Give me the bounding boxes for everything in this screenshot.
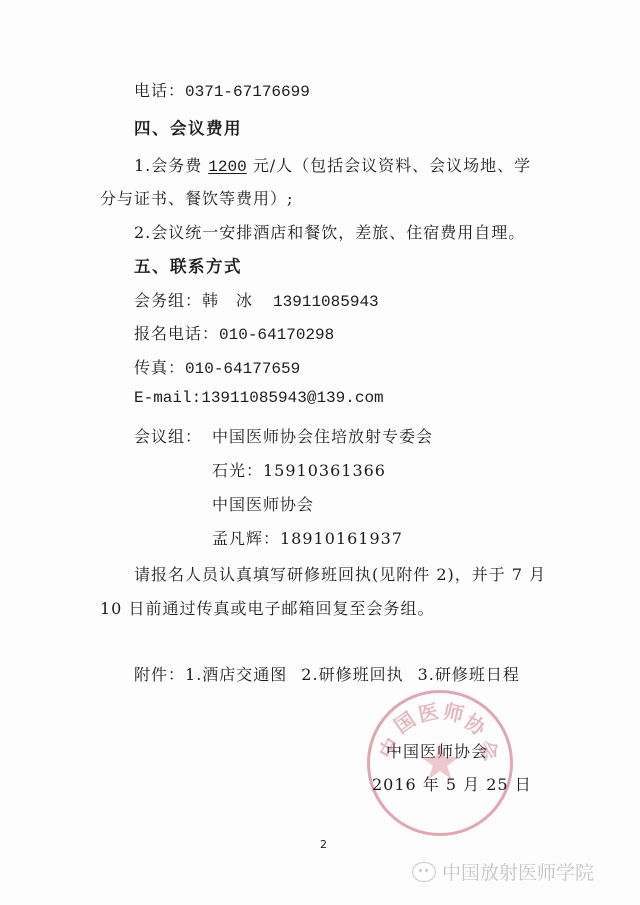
- fee-prefix: 1.会务费: [134, 156, 202, 175]
- attachment-1: 1.酒店交通图: [185, 665, 287, 684]
- seal-char: 国: [387, 704, 420, 739]
- seal-char: 医: [415, 695, 441, 728]
- conference-group-label: 会议组：: [134, 427, 202, 446]
- fax-line: 传真：010-64177659: [134, 355, 300, 378]
- registration-value: 010-64170298: [219, 326, 334, 344]
- fee-item-2: 2.会议统一安排酒店和餐饮，差旅、住宿费用自理。: [134, 220, 525, 243]
- fee-item-1: 1.会务费1200元/人（包括会议资料、会议场地、学: [134, 153, 531, 176]
- fee-amount: 1200: [202, 158, 252, 176]
- wechat-icon: [412, 862, 436, 882]
- registration-label: 报名电话：: [134, 324, 219, 343]
- conference-contact1: 石光：15910361366: [212, 458, 386, 481]
- attachments-label: 附件：: [134, 665, 185, 684]
- conference-org1: 中国医师协会住培放射专委会: [212, 424, 433, 447]
- watermark-text: 中国放射医师学院: [442, 858, 594, 885]
- fax-label: 传真：: [134, 358, 185, 377]
- registration-phone: 报名电话：010-64170298: [134, 321, 334, 344]
- affairs-phone: 13911085943: [273, 293, 379, 311]
- conference-contact2: 孟凡辉：18910161937: [212, 526, 403, 549]
- attachment-2: 2.研修班回执: [301, 665, 403, 684]
- email-label: E-mail:: [134, 389, 201, 407]
- affairs-name: 韩 冰: [202, 291, 253, 310]
- fee-suffix: 元/人（包括会议资料、会议场地、学: [253, 156, 531, 175]
- notice-line-2: 10 日前通过传真或电子邮箱回复至会务组。: [100, 596, 434, 619]
- official-seal: 中 国 医 师 协 会: [367, 690, 513, 836]
- watermark: 中国放射医师学院: [412, 858, 594, 885]
- attachments: 附件：1.酒店交通图2.研修班回执3.研修班日程: [134, 662, 520, 685]
- affairs-label: 会务组：: [134, 291, 202, 310]
- phone-value: 0371-67176699: [185, 83, 310, 101]
- section4-title: 四、会议费用: [134, 115, 242, 139]
- email-link[interactable]: 13911085943@139.com: [201, 389, 383, 407]
- page-number: 2: [320, 838, 327, 851]
- conference-group: 会议组： 中国医师协会住培放射专委会: [134, 424, 202, 447]
- fax-value: 010-64177659: [185, 360, 300, 378]
- attachment-3: 3.研修班日程: [418, 665, 520, 684]
- conference-org2: 中国医师协会: [212, 492, 314, 515]
- phone-label: 电话：: [134, 81, 185, 100]
- fee-item-1-cont: 分与证书、餐饮等费用）;: [100, 186, 293, 209]
- signature-org: 中国医师协会: [386, 739, 488, 762]
- section5-title: 五、联系方式: [134, 253, 242, 277]
- affairs-contact: 会务组：韩 冰13911085943: [134, 288, 379, 311]
- email-line: E-mail:13911085943@139.com: [134, 389, 384, 407]
- seal-char: 协: [459, 706, 492, 741]
- phone-line: 电话：0371-67176699: [134, 78, 310, 101]
- notice-line-1: 请报名人员认真填写研修班回执(见附件 2)，并于 7 月: [134, 562, 546, 585]
- signature-date: 2016 年 5 月 25 日: [372, 772, 532, 795]
